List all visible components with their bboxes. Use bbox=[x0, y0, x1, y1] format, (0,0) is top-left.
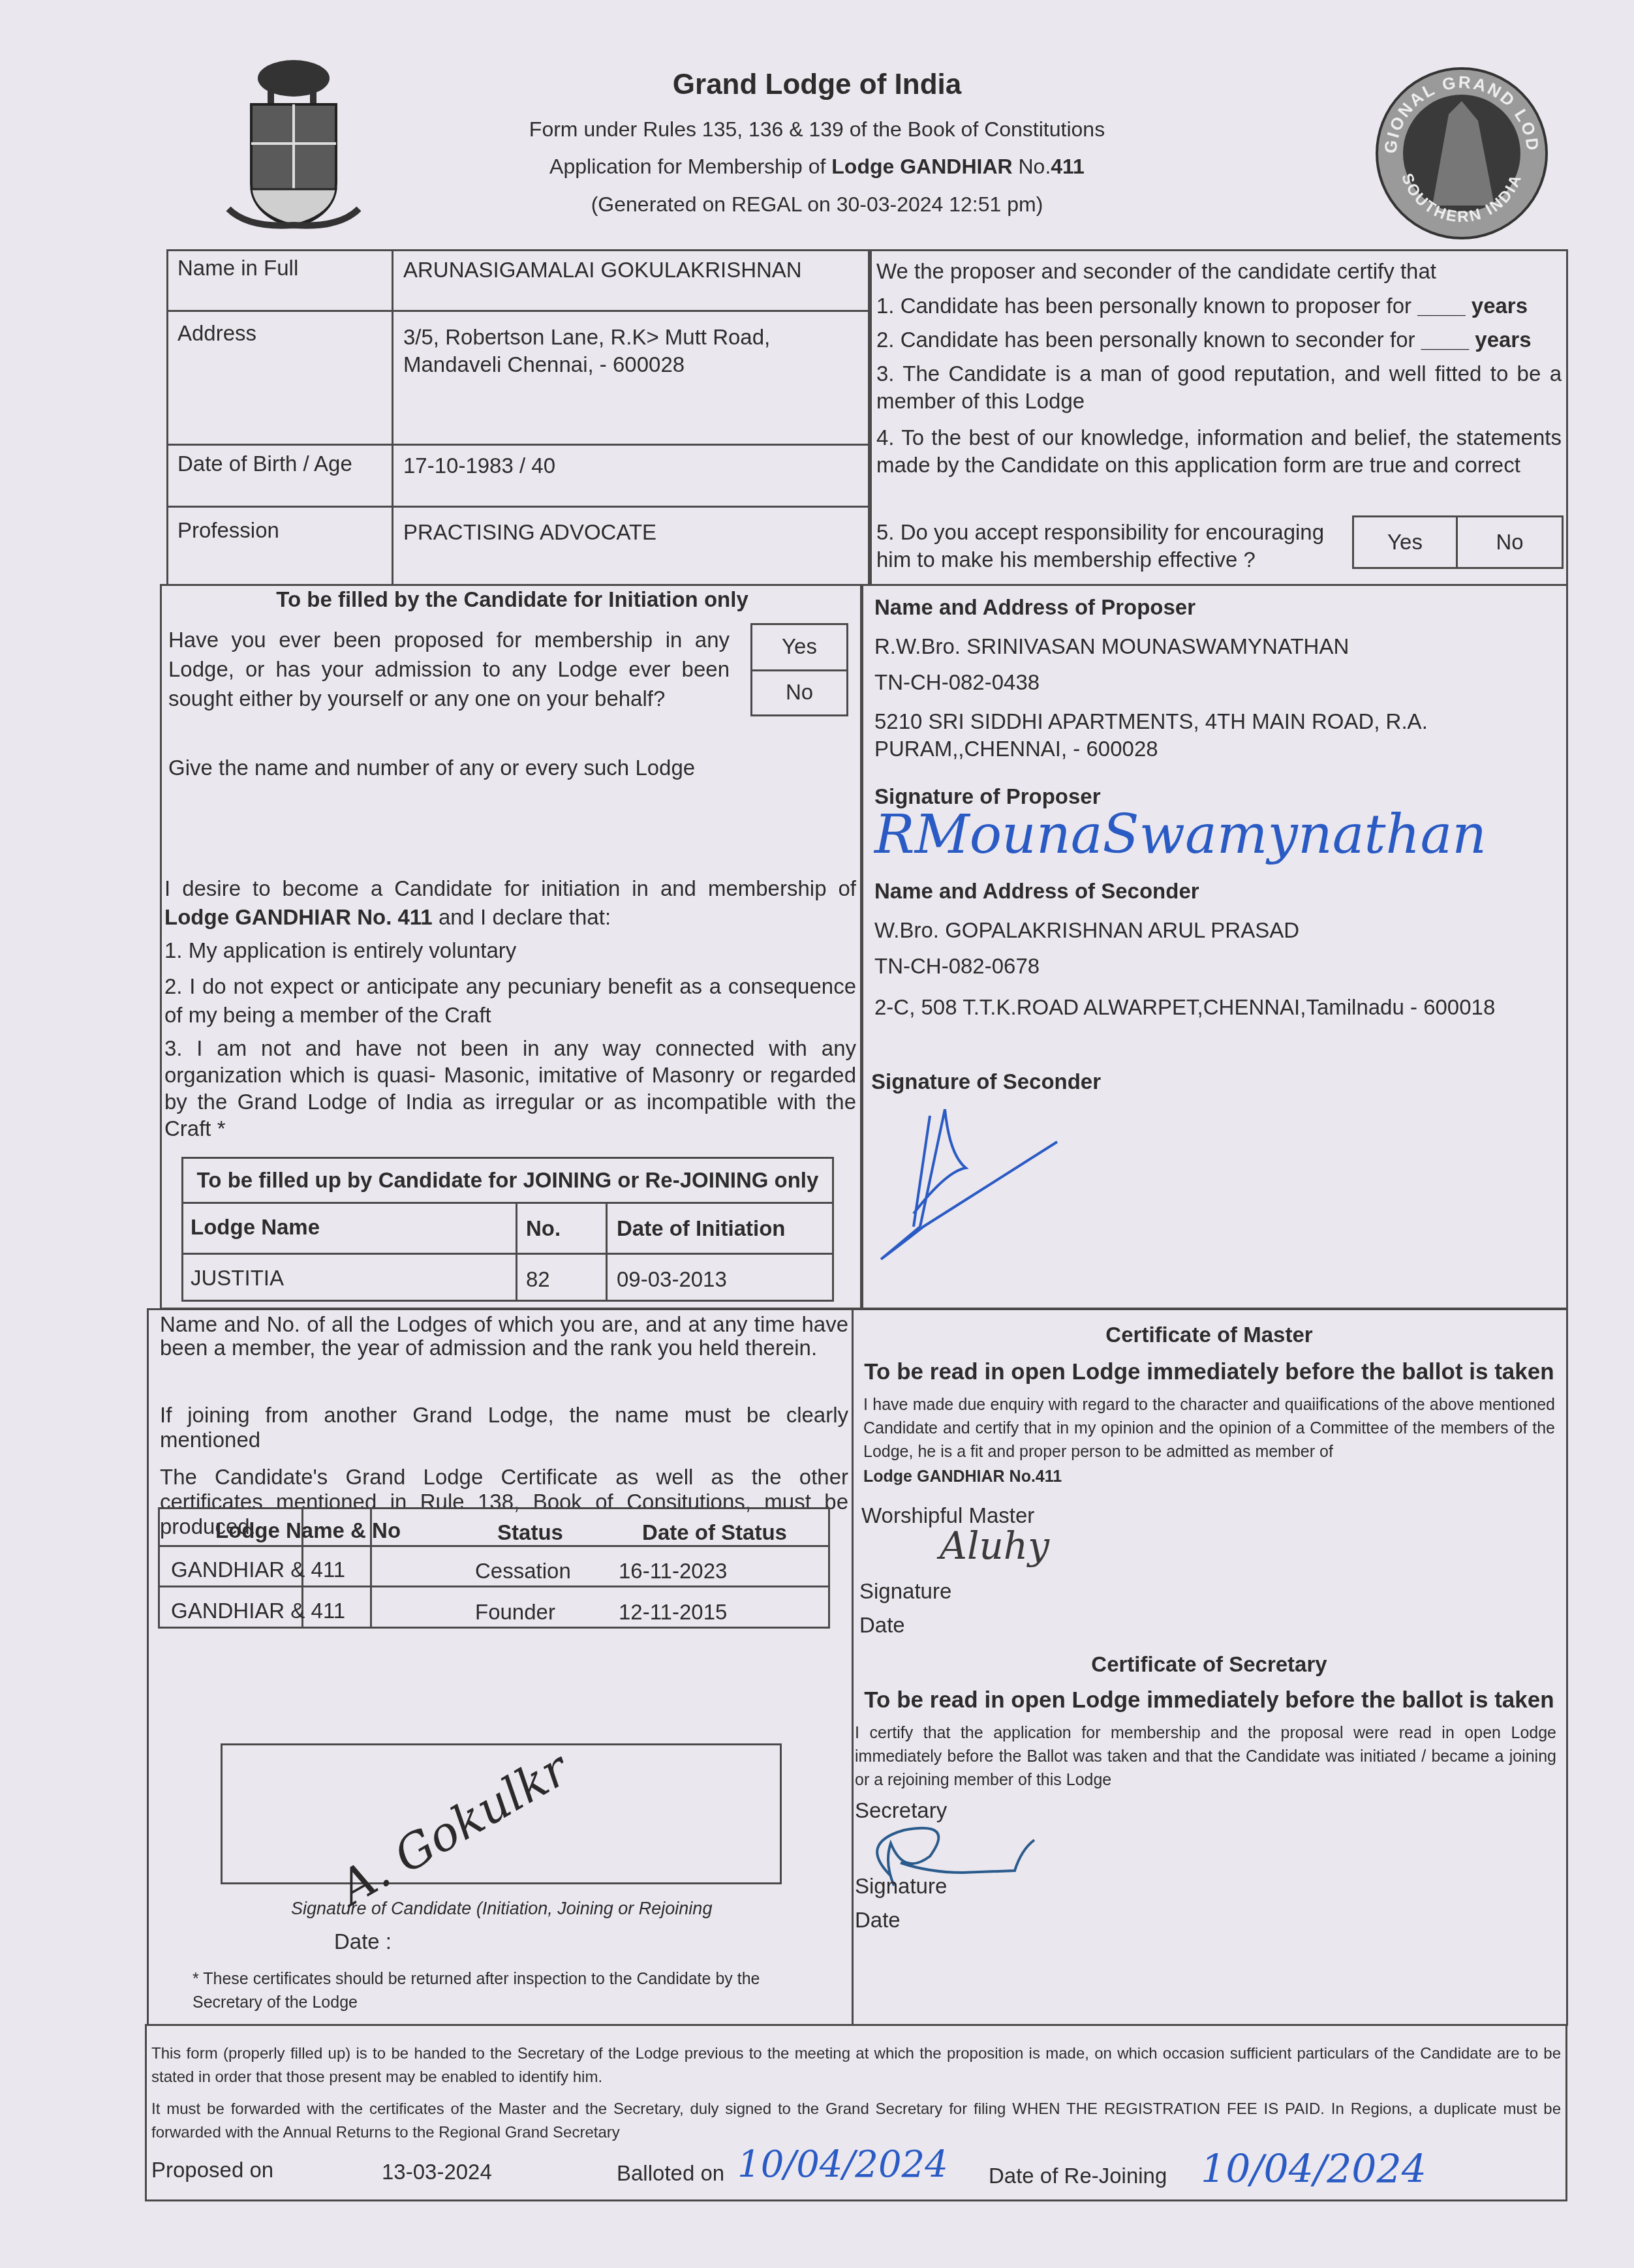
master-signature-label: Signature bbox=[859, 1578, 951, 1605]
certify-item-3: 3. The Candidate is a man of good reputa… bbox=[876, 360, 1562, 415]
value-profession: PRACTISING ADVOCATE bbox=[403, 519, 656, 546]
master-date-label: Date bbox=[859, 1612, 905, 1639]
rejoining-date-value[interactable]: 10/04/2024 bbox=[1201, 2147, 1426, 2192]
certify-item-4: 4. To the best of our knowledge, informa… bbox=[876, 424, 1562, 479]
seconder-address: 2-C, 508 T.T.K.ROAD ALWARPET,CHENNAI,Tam… bbox=[874, 994, 1495, 1021]
proposer-heading: Name and Address of Proposer bbox=[874, 594, 1195, 621]
lodges-col-date: Date of Status bbox=[600, 1519, 829, 1546]
joining-col-date: Date of Initiation bbox=[617, 1215, 786, 1242]
years-blank[interactable]: ____ bbox=[1421, 328, 1469, 352]
secretary-heading: Certificate of Secretary bbox=[854, 1651, 1565, 1678]
proposer-id: TN-CH-082-0438 bbox=[874, 669, 1040, 696]
joining-heading: To be filled up by Candidate for JOINING… bbox=[181, 1167, 834, 1194]
joining-col-no: No. bbox=[526, 1215, 561, 1242]
certificates-note: * These certificates should be returned … bbox=[193, 1967, 832, 2014]
proposer-signature: RMounaSwamynathan bbox=[874, 804, 1487, 866]
certify-item-5: 5. Do you accept responsibility for enco… bbox=[876, 519, 1346, 574]
master-signature: Aluhy bbox=[940, 1524, 1049, 1568]
application-no-prefix: No. bbox=[1013, 155, 1051, 178]
rejoining-date-label: Date of Re-Joining bbox=[989, 2162, 1167, 2190]
label-address: Address bbox=[177, 320, 256, 347]
desire-text: I desire to become a Candidate for initi… bbox=[164, 876, 856, 900]
initiation-yes-label: Yes bbox=[750, 633, 848, 660]
yes-label: Yes bbox=[1352, 529, 1458, 556]
application-no: 411 bbox=[1051, 155, 1085, 178]
lodges-row-1-status: Cessation bbox=[475, 1557, 571, 1585]
label-name: Name in Full bbox=[177, 254, 298, 282]
certify-intro: We the proposer and seconder of the cand… bbox=[876, 258, 1436, 285]
initiation-question: Have you ever been proposed for membersh… bbox=[168, 625, 730, 713]
value-address: 3/5, Robertson Lane, R.K> Mutt Road, Man… bbox=[403, 324, 834, 378]
declaration-2: 2. I do not expect or anticipate any pec… bbox=[164, 972, 856, 1030]
secretary-body: I certify that the application for membe… bbox=[855, 1721, 1556, 1792]
balloted-on-value[interactable]: 10/04/2024 bbox=[737, 2143, 948, 2186]
lodges-row-1-name: GANDHIAR & 411 bbox=[171, 1556, 345, 1584]
certify-item-1: 1. Candidate has been personally known t… bbox=[876, 292, 1528, 320]
joining-cell-date: 09-03-2013 bbox=[617, 1266, 727, 1293]
years-label: years bbox=[1475, 328, 1531, 352]
lodges-instruction-2: If joining from another Grand Lodge, the… bbox=[160, 1403, 848, 1452]
master-lodge: Lodge GANDHIAR No.411 bbox=[863, 1463, 1062, 1490]
desire-lodge: Lodge GANDHIAR No. 411 bbox=[164, 905, 433, 929]
initiation-no-label: No bbox=[750, 679, 848, 706]
joining-cell-lodge: JUSTITIA bbox=[191, 1264, 284, 1292]
lodges-col-name: Lodge Name & No bbox=[158, 1517, 458, 1544]
secretary-date-label: Date bbox=[855, 1907, 901, 1934]
label-profession: Profession bbox=[177, 517, 279, 544]
joining-col-lodge-name: Lodge Name bbox=[191, 1214, 320, 1241]
proposed-on-label: Proposed on bbox=[151, 2156, 273, 2184]
footer-note-1: This form (properly filled up) is to be … bbox=[151, 2042, 1561, 2089]
proposer-name: R.W.Bro. SRINIVASAN MOUNASWAMYNATHAN bbox=[874, 633, 1349, 660]
lodges-row-2-date: 12-11-2015 bbox=[619, 1599, 727, 1626]
value-name: ARUNASIGAMALAI GOKULAKRISHNAN bbox=[403, 256, 802, 284]
proposed-on-value: 13-03-2024 bbox=[382, 2158, 492, 2186]
value-dob: 17-10-1983 / 40 bbox=[403, 452, 555, 480]
no-label: No bbox=[1456, 529, 1564, 556]
secretary-role: Secretary bbox=[855, 1797, 947, 1824]
application-lodge: Lodge GANDHIAR bbox=[831, 155, 1012, 178]
lodges-row-2-name: GANDHIAR & 411 bbox=[171, 1597, 345, 1625]
candidate-signature-caption: Signature of Candidate (Initiation, Join… bbox=[291, 1895, 712, 1922]
lodges-row-2-status: Founder bbox=[475, 1599, 555, 1626]
certify-item-2-text: 2. Candidate has been personally known t… bbox=[876, 328, 1415, 352]
initiation-heading: To be filled by the Candidate for Initia… bbox=[163, 586, 861, 613]
seconder-heading: Name and Address of Seconder bbox=[874, 878, 1199, 905]
joining-cell-no: 82 bbox=[526, 1266, 550, 1293]
years-blank[interactable]: ____ bbox=[1417, 294, 1465, 318]
declaration-3: 3. I am not and have not been in any way… bbox=[164, 1035, 856, 1142]
proposer-address: 5210 SRI SIDDHI APARTMENTS, 4TH MAIN ROA… bbox=[874, 708, 1449, 763]
master-subheading: To be read in open Lodge immediately bef… bbox=[854, 1358, 1565, 1386]
application-prefix: Application for Membership of bbox=[549, 155, 831, 178]
regional-grand-lodge-seal-icon: REGIONAL GRAND LODGE SOUTHERN INDIA bbox=[1370, 62, 1553, 245]
give-name-prompt: Give the name and number of any or every… bbox=[168, 754, 695, 782]
lodges-row-1-date: 16-11-2023 bbox=[619, 1557, 727, 1585]
seconder-id: TN-CH-082-0678 bbox=[874, 953, 1040, 980]
master-body: I have made due enquiry with regard to t… bbox=[863, 1393, 1555, 1463]
master-heading: Certificate of Master bbox=[854, 1321, 1565, 1349]
lodges-instruction-1: Name and No. of all the Lodges of which … bbox=[160, 1313, 848, 1360]
secretary-signature-label: Signature bbox=[855, 1873, 947, 1900]
candidate-date-label: Date : bbox=[334, 1928, 392, 1955]
label-dob: Date of Birth / Age bbox=[177, 450, 352, 478]
declaration-1: 1. My application is entirely voluntary bbox=[164, 937, 516, 964]
balloted-on-label: Balloted on bbox=[617, 2160, 724, 2187]
desire-text-2: and I declare that: bbox=[433, 905, 611, 929]
seconder-signature bbox=[868, 1103, 1259, 1272]
lodges-col-status: Status bbox=[460, 1519, 600, 1546]
secretary-subheading: To be read in open Lodge immediately bef… bbox=[854, 1687, 1565, 1714]
certify-item-1-text: 1. Candidate has been personally known t… bbox=[876, 294, 1411, 318]
years-label: years bbox=[1472, 294, 1528, 318]
seconder-name: W.Bro. GOPALAKRISHNAN ARUL PRASAD bbox=[874, 917, 1299, 944]
desire-statement: I desire to become a Candidate for initi… bbox=[164, 874, 856, 932]
certify-item-2: 2. Candidate has been personally known t… bbox=[876, 326, 1532, 354]
seconder-signature-label: Signature of Seconder bbox=[871, 1068, 1101, 1096]
footer-note-2: It must be forwarded with the certificat… bbox=[151, 2098, 1561, 2145]
